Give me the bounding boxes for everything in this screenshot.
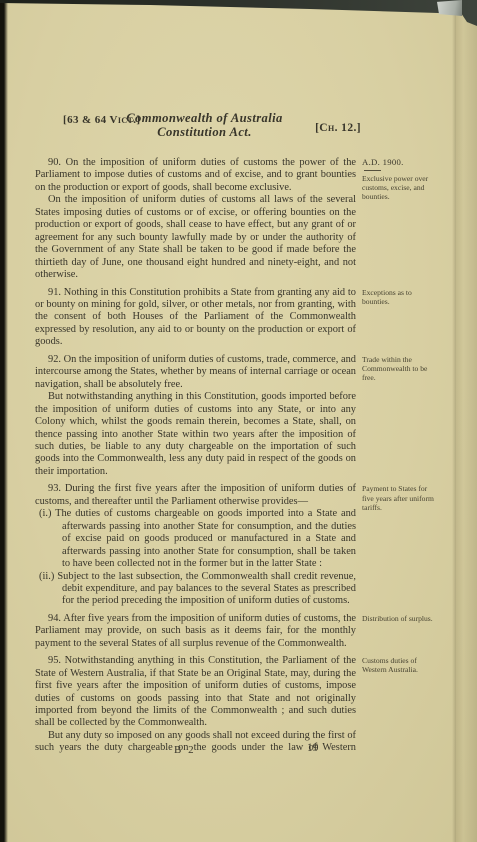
statute-section-92: Trade within the Commonwealth to be free… (35, 354, 356, 479)
sidenote-section-91: Exceptions as to bounties. (362, 288, 436, 306)
binding-edge-left (0, 0, 8, 842)
sidenote-section-90: A.D. 1900. Exclusive power over customs,… (362, 158, 436, 201)
page-header: [63 & 64 Vict.] Commonwealth of Australi… (35, 112, 356, 144)
section-90-paragraph-2: On the imposition of uniform duties of c… (35, 194, 356, 281)
chapter-citation: [Ch. 12.] (315, 122, 361, 134)
statute-section-90: A.D. 1900. Exclusive power over customs,… (35, 157, 356, 282)
sidenote-section-94: Distribution of surplus. (362, 614, 436, 623)
year-note: A.D. 1900. (362, 158, 436, 167)
section-94-paragraph-1: 94. After five years from the imposition… (35, 613, 356, 650)
section-92-paragraph-2: But notwithstanding anything in this Con… (35, 391, 356, 478)
section-90-paragraph-1: 90. On the imposition of uniform duties … (35, 157, 356, 194)
sidenote-section-92: Trade within the Commonwealth to be free… (362, 355, 436, 383)
page-crease-right (452, 0, 456, 842)
statute-body: A.D. 1900. Exclusive power over customs,… (35, 157, 356, 755)
section-93-item-i: (i.) The duties of customs chargeable on… (35, 508, 356, 570)
page-edge-right (456, 0, 477, 842)
section-92-paragraph-1: 92. On the imposition of uniform duties … (35, 354, 356, 391)
page-footer: B 2 19 (35, 744, 356, 760)
page-content: [63 & 64 Vict.] Commonwealth of Australi… (35, 112, 356, 755)
statute-section-94: Distribution of surplus. 94. After five … (35, 613, 356, 650)
section-95-paragraph-1: 95. Notwithstanding anything in this Con… (35, 655, 356, 730)
section-93-item-ii: (ii.) Subject to the last subsection, th… (35, 571, 356, 608)
sidenote-text-90: Exclusive power over customs, excise, an… (362, 174, 436, 202)
scan-edge-top-highlight (437, 0, 462, 16)
statute-section-95: Customs duties of Western Australia. 95.… (35, 655, 356, 755)
sidenote-section-93: Payment to States for five years after u… (362, 484, 436, 512)
statute-section-91: Exceptions as to bounties. 91. Nothing i… (35, 287, 356, 349)
statute-section-93: Payment to States for five years after u… (35, 483, 356, 608)
sidenote-section-95: Customs duties of Western Australia. (362, 656, 436, 674)
page-number: 19 (307, 742, 319, 754)
section-91-paragraph-1: 91. Nothing in this Constitution prohibi… (35, 287, 356, 349)
section-93-paragraph-1: 93. During the first five years after th… (35, 483, 356, 508)
sidenote-rule (364, 170, 381, 171)
printer-signature: B 2 (174, 744, 196, 756)
